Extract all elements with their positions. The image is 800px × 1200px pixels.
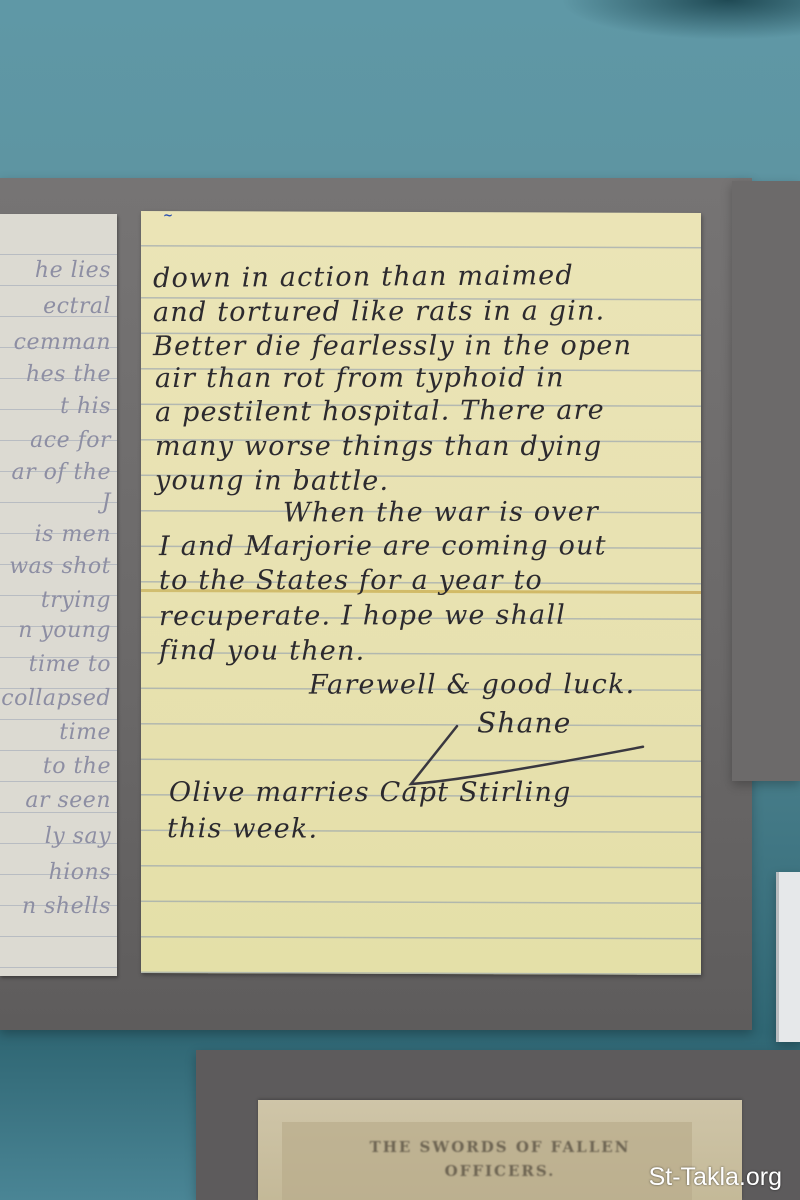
fragment-line: e collapsed <box>0 686 111 711</box>
letter-line: Better die fearlessly in the open <box>153 330 632 362</box>
postscript-line: Olive marries Capt Stirling <box>169 777 572 808</box>
letter-line: many worse things than dying <box>155 431 602 462</box>
watermark: St-Takla.org <box>649 1163 782 1192</box>
letter-line: down in action than maimed <box>153 260 574 294</box>
fragment-line: is men <box>35 522 111 547</box>
letter-line: find you then. <box>159 635 365 667</box>
fragment-line: time to <box>29 652 111 677</box>
fragment-line: n shells <box>22 894 111 919</box>
letter-line: a pestilent hospital. There are <box>155 395 605 428</box>
fragment-line: hes the <box>26 362 111 387</box>
handwritten-letter: ~ down in action than maimed and torture… <box>141 211 701 975</box>
ink-mark: ~ <box>163 211 185 219</box>
fragment-line: J <box>102 490 111 515</box>
fragment-line: t his <box>60 394 111 419</box>
letter-line: recuperate. I hope we shall <box>159 600 566 632</box>
postscript-line: this week. <box>167 813 318 845</box>
letter-closing: Farewell & good luck. <box>309 669 636 701</box>
fragment-line: ly say <box>45 824 111 849</box>
fragment-line: ace for <box>30 428 111 453</box>
fragment-line: cemman <box>14 330 111 355</box>
label-inner-panel <box>282 1122 692 1200</box>
fragment-line: trying <box>41 588 111 613</box>
letter-line: When the war is over <box>283 496 599 528</box>
letter-line: to the States for a year to <box>159 565 543 596</box>
display-mat-right <box>732 181 800 781</box>
fragment-line: ar of the <box>11 460 111 485</box>
left-letter-fragment: he lies ectral cemman hes the t his ace … <box>0 214 117 976</box>
fragment-line: n young <box>18 618 111 643</box>
letter-line: and tortured like rats in a gin. <box>153 295 606 328</box>
letter-line: air than rot from typhoid in <box>155 362 565 394</box>
fragment-line: was shot <box>9 554 111 579</box>
fragment-line: ectral <box>43 294 111 319</box>
display-case-shadow <box>560 0 800 40</box>
fragment-line: he lies <box>35 258 111 283</box>
fragment-line: to the <box>43 754 111 779</box>
letter-line: young in battle. <box>155 465 389 497</box>
label-title: THE SWORDS OF FALLEN <box>258 1138 742 1156</box>
fragment-line: time <box>59 720 111 745</box>
fragment-line: hions <box>49 860 111 885</box>
fragment-line: ar seen <box>25 788 111 813</box>
letter-line: I and Marjorie are coming out <box>159 530 607 562</box>
display-card-right-edge <box>776 872 800 1042</box>
